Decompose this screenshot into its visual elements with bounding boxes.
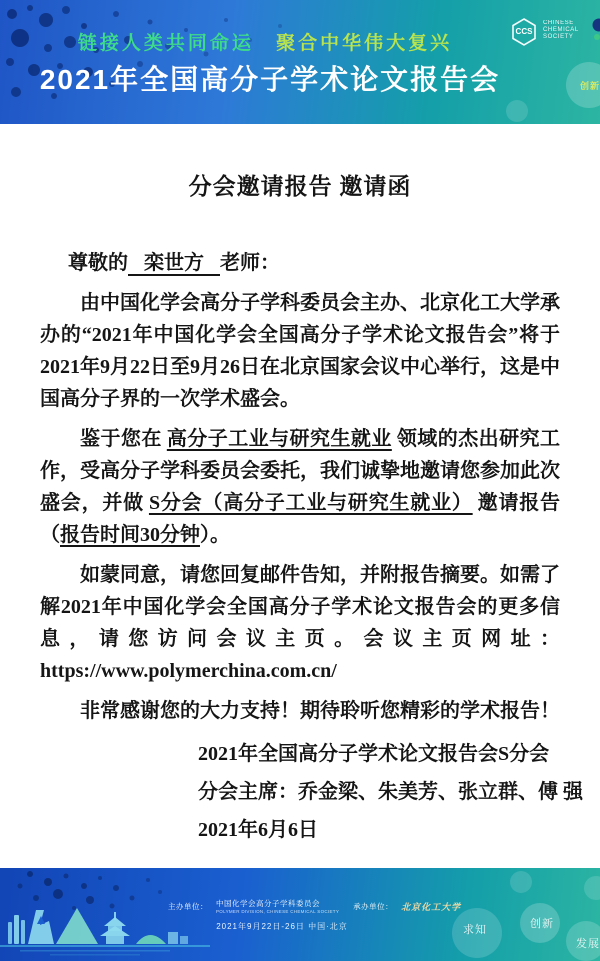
- recipient-name: 栾世方: [128, 252, 220, 276]
- footer-bubble: [510, 871, 532, 893]
- session-name-underlined: S分会（高分子工业与研究生就业）: [144, 492, 478, 514]
- paragraph-invite: 鉴于您在高分子工业与研究生就业领域的杰出研究工作，受高分子学科委员会委托，我们诚…: [40, 423, 560, 551]
- footer-date-location: 2021年9月22日-26日 中国·北京: [168, 921, 396, 932]
- ccs-society-name: CHINESE CHEMICAL SOCIETY: [543, 20, 579, 41]
- host-name-stack: 中国化学会高分子学科委员会 POLYMER DIVISION, CHINESE …: [216, 898, 339, 914]
- header-bubble: [506, 100, 528, 122]
- header-bubble-label: 创新: [580, 79, 600, 92]
- paragraph-intro: 由中国化学会高分子学科委员会主办、北京化工大学承办的“2021年中国化学会全国高…: [40, 287, 560, 415]
- host-subtitle: POLYMER DIVISION, CHINESE CHEMICAL SOCIE…: [216, 909, 339, 914]
- header-logos: CCS CHINESE CHEMICAL SOCIETY: [510, 16, 600, 52]
- conference-header-banner: 创新 链接人类共同命运 聚合中华伟大复兴 2021年全国高分子学术论文报告会 C…: [0, 0, 600, 124]
- organizer-line: 主办单位： 中国化学会高分子学科委员会 POLYMER DIVISION, CH…: [168, 898, 396, 914]
- host-label: 主办单位：: [168, 901, 208, 912]
- signoff-date: 2021年6月6日: [198, 811, 560, 849]
- paragraph-reply: 如蒙同意，请您回复邮件告知，并附报告摘要。如需了解2021年中国化学会全国高分子…: [40, 559, 560, 687]
- invitation-letter-body: 分会邀请报告 邀请函 尊敬的栾世方老师： 由中国化学会高分子学科委员会主办、北京…: [0, 124, 600, 933]
- research-field-underlined: 高分子工业与研究生就业: [162, 428, 397, 450]
- conference-homepage-url: https://www.polymerchina.com.cn/: [40, 660, 337, 682]
- organizer-label: 承办单位：: [353, 901, 393, 912]
- invite-seg1: 鉴于您在: [80, 428, 162, 450]
- slogan-right: 聚合中华伟大复兴: [276, 33, 452, 54]
- footer-bubble-label: 发展: [576, 935, 600, 951]
- conference-logo-icon: [590, 16, 600, 52]
- greeting-suffix: 老师：: [220, 252, 280, 274]
- conference-footer-banner: 主办单位： 中国化学会高分子学科委员会 POLYMER DIVISION, CH…: [0, 868, 600, 961]
- invitation-letter-page: 创新 链接人类共同命运 聚合中华伟大复兴 2021年全国高分子学术论文报告会 C…: [0, 0, 600, 961]
- paragraph-thanks: 非常感谢您的大力支持！期待聆听您精彩的学术报告！: [40, 695, 560, 727]
- reply-text: 如蒙同意，请您回复邮件告知，并附报告摘要。如需了解2021年中国化学会全国高分子…: [40, 564, 560, 650]
- greeting-line: 尊敬的栾世方老师：: [40, 247, 560, 279]
- signoff-organization: 2021年全国高分子学术论文报告会S分会: [198, 735, 560, 773]
- host-name: 中国化学会高分子学科委员会: [216, 898, 339, 909]
- footer-organizer-block: 主办单位： 中国化学会高分子学科委员会 POLYMER DIVISION, CH…: [168, 898, 396, 932]
- ccs-logo-icon: CCS: [510, 16, 538, 46]
- footer-bubble-label: 创新: [530, 915, 554, 931]
- signoff-chairs: 分会主席：乔金梁、朱美芳、张立群、傅 强: [198, 773, 560, 811]
- slogan-left: 链接人类共同命运: [78, 33, 254, 54]
- organizer-name: 北京化工大学: [401, 900, 461, 913]
- footer-bubble-label: 求知: [463, 921, 487, 937]
- conference-title: 2021年全国高分子学术论文报告会: [0, 58, 540, 98]
- svg-text:CCS: CCS: [516, 27, 534, 36]
- talk-duration-underlined: 报告时间30分钟: [60, 524, 200, 546]
- greeting-prefix: 尊敬的: [68, 252, 128, 274]
- letter-title: 分会邀请报告 邀请函: [40, 168, 560, 201]
- invite-seg4: ）。: [200, 524, 230, 546]
- signoff-block: 2021年全国高分子学术论文报告会S分会 分会主席：乔金梁、朱美芳、张立群、傅 …: [198, 735, 560, 849]
- footer-bubble: [584, 876, 600, 900]
- header-slogan: 链接人类共同命运 聚合中华伟大复兴: [0, 28, 530, 55]
